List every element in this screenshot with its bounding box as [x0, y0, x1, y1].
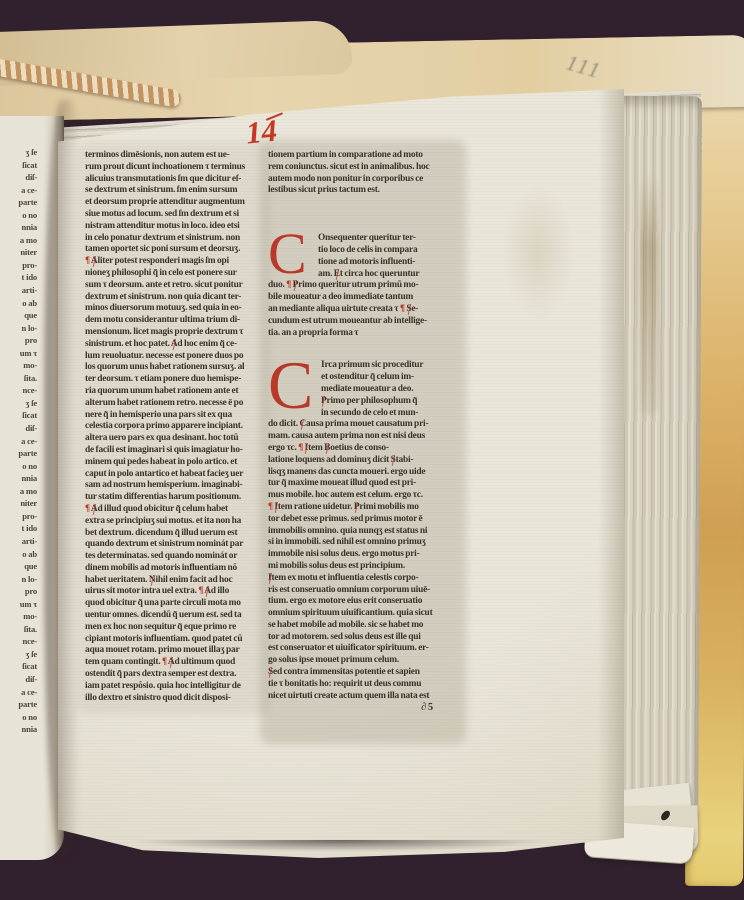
text-line: cipiant motoris influentiam. quod patet … — [85, 634, 265, 646]
text-line: Item ex motu et influentia celestis corp… — [268, 573, 462, 585]
text-line: o ab — [0, 297, 37, 310]
body-block: C Irca primum sic procedituret ostenditu… — [268, 360, 462, 702]
text-line: bet dextrum. dicendum q̃ illud uerum est — [85, 528, 265, 540]
text-line: lum reuoluatur. necesse est ponere duos … — [85, 351, 265, 363]
text-line: in secundo de celo et mun- — [321, 408, 462, 420]
text-line: a mo — [0, 234, 37, 247]
left-text-column: terminos dimēsionis, non autem est ue-ru… — [85, 150, 265, 704]
text-line: ria quorum unum habet rationem ante et — [85, 386, 265, 398]
text-line: nce- — [0, 635, 37, 648]
text-line: immobile nisi solus deus. ergo motus pri… — [268, 549, 462, 561]
text-line: mediate moueatur a deo. — [321, 384, 462, 396]
text-line: minem qui pedes habeat in polo artico. e… — [85, 457, 265, 469]
text-line: pro — [0, 585, 37, 598]
text-line: tur statim differentias harum positionum… — [85, 492, 265, 504]
text-line: ter deorsum. τ etiam ponere duo hemispe- — [85, 374, 265, 386]
text-line: ergo τc. ¶ Item Boetius de conso- — [268, 443, 462, 455]
text-line: diſ- — [0, 171, 37, 184]
text-line: pro- — [0, 510, 37, 523]
quire-signature: ∂ 5 — [330, 702, 524, 714]
paper-stain — [486, 174, 590, 370]
text-line: Irca primum sic proceditur — [321, 360, 462, 372]
text-line: nicet uirtuti create actum quem illa nat… — [268, 691, 462, 703]
page-bottom-shadow — [60, 840, 620, 866]
text-line: nistram attenditur motus in loco. ideo e… — [85, 221, 265, 233]
text-line: a ce- — [0, 686, 37, 699]
text-line: est conseruator et uiuificator spirituum… — [268, 643, 462, 655]
text-line: nce- — [0, 384, 37, 397]
text-line: mo- — [0, 610, 37, 623]
book-photograph: ʒ ſeſicatdiſ-a ce-parteo nonniaa moniter… — [0, 0, 744, 900]
text-line: et deorsum proprie attenditur augmentum — [85, 197, 265, 209]
text-line: ʒ ſe — [0, 146, 37, 159]
text-line: Sed contra immensitas potentie et sapien — [268, 667, 462, 679]
text-line: a ce- — [0, 184, 37, 197]
drop-cap-initial: C — [268, 360, 315, 418]
text-line: tes determinatas. sed quando nominát or — [85, 551, 265, 563]
text-line: se dextrum et sinistrum. ſm enim sursum — [85, 185, 265, 197]
text-line: niter — [0, 497, 37, 510]
text-line: ſicat — [0, 409, 37, 422]
text-line: dem motu considerantur ultima trium di- — [85, 315, 265, 327]
text-line: quod obicitur q̃ una parte circuli mota … — [85, 598, 265, 610]
text-line: duo. ¶ Primo queritur utrum primũ mo- — [268, 280, 462, 292]
text-line: ſita. — [0, 372, 37, 385]
text-line: parte — [0, 196, 37, 209]
text-line: aqua mouet rotam. primo mouet illaʒ par — [85, 645, 265, 657]
text-line: ¶ Aliter potest responderi magis ſm opi — [85, 256, 265, 268]
text-line: Primo per philosophum q̃ — [321, 396, 462, 408]
folio-number-text: 14 — [244, 112, 278, 150]
text-line: ¶ Item ratione uidetur. Primi mobilis mo — [268, 502, 462, 514]
text-line: ris est conseruatio omnium corporum uiuē… — [268, 585, 462, 597]
text-line: mensionum. licet magis proprie dextrum τ — [85, 327, 265, 339]
text-line: mo- — [0, 359, 37, 372]
text-line: quando dextrum et sinistrum nominát par — [85, 539, 265, 551]
text-line: habet ueritatem. Nihil enim facit ad hoc — [85, 575, 265, 587]
text-line: nnia — [0, 472, 37, 485]
text-line: tor debet esse primus. sed primus motor … — [268, 514, 462, 526]
facing-page-text-fragments: ʒ ſeſicatdiſ-a ce-parteo nonniaa moniter… — [0, 146, 37, 736]
text-line: o no — [0, 711, 37, 724]
text-line: cundum est utrum moueantur ab intellige- — [268, 316, 462, 328]
text-line: o no — [0, 209, 37, 222]
text-line: sam ad nostrum hemisperium. imaginabi- — [85, 480, 265, 492]
text-line: niter — [0, 246, 37, 259]
text-line: ſita. — [0, 623, 37, 636]
text-line: o no — [0, 460, 37, 473]
text-line: extra se principiuʒ sui motus. et ita no… — [85, 516, 265, 528]
text-line: pro- — [0, 259, 37, 272]
text-line: parte — [0, 698, 37, 711]
text-line: diſ- — [0, 422, 37, 435]
text-line: terminos dimēsionis, non autem est ue- — [85, 150, 265, 162]
text-line: do dicit. Causa prima mouet causatum pri… — [268, 419, 462, 431]
text-line: nere q̃ in hemisperio una pars sit ex qu… — [85, 410, 265, 422]
text-line: o ab — [0, 548, 37, 561]
text-line: ſicat — [0, 660, 37, 673]
text-line: uentur omnes. dicendũ q̃ uerum est. sed … — [85, 610, 265, 622]
text-line: sum τ deorsum. ante et retro. sicut poni… — [85, 280, 265, 292]
text-line: sinistrum. et hoc patet. Ad hoc enim q̃ … — [85, 339, 265, 351]
text-line: tione ad motoris influenti- — [318, 257, 462, 269]
text-line: ostendit q̃ pars dextra semper est dextr… — [85, 669, 265, 681]
text-line: iam patet respõsio. quia hoc intelligitu… — [85, 681, 265, 693]
text-line: bile moueatur a deo immediate tantum — [268, 292, 462, 304]
text-line: an mediante aliqua uirtute creata τ ¶ Se… — [268, 304, 462, 316]
gutter-shadow — [44, 100, 88, 856]
text-line: parte — [0, 447, 37, 460]
text-line: autem modo non ponitur in corporibus ce — [268, 174, 462, 186]
text-line: men ex hoc non sequitur q̃ eque primo re — [85, 622, 265, 634]
text-line: um τ — [0, 347, 37, 360]
text-line: arti- — [0, 535, 37, 548]
text-line: dinem mobilis ad motoris influentiam nõ — [85, 563, 265, 575]
text-line: omnium spirituum uiuificantium. quia sic… — [268, 608, 462, 620]
text-line: latione loquens ad dominuʒ dicit Stabi- — [268, 455, 462, 467]
text-line: illo dextro et sinistro quod dicit dispo… — [85, 693, 265, 705]
text-line: ʒ ſe — [0, 397, 37, 410]
text-line: um τ — [0, 598, 37, 611]
text-line: tia. an a propria forma τ — [268, 328, 462, 340]
text-line: Onsequenter queritur ter- — [318, 233, 462, 245]
text-line: go solus ipse mouet primum celum. — [268, 655, 462, 667]
text-line: caput in polo antartico et habeat facieʒ… — [85, 469, 265, 481]
text-line: tie τ bonitatis ho: requirit ut deus com… — [268, 679, 462, 691]
text-line: nnia — [0, 723, 37, 736]
text-line: mus mobile. hoc autem est celum. ergo τc… — [268, 490, 462, 502]
text-line: t ido — [0, 522, 37, 535]
text-line: altera uero pars ex qua desinant. hoc to… — [85, 433, 265, 445]
text-line: alicuius transmutationis ſm que dicitur … — [85, 174, 265, 186]
text-line: immobilis omnino. quia nunqʒ est status … — [268, 526, 462, 538]
text-line: rum prout dicunt inchoationem τ terminus — [85, 162, 265, 174]
text-line: de facili est imaginari si quis imagiatu… — [85, 445, 265, 457]
text-line: nioneʒ philosophi q̃ in celo est ponere … — [85, 268, 265, 280]
drop-cap-initial: C — [268, 233, 312, 279]
text-line: mi mobilis solus deus est principium. — [268, 561, 462, 573]
text-line: lisqʒ manens das cuncta moueri. ergo uid… — [268, 467, 462, 479]
text-line: alterum habet rationem retro. necesse ē … — [85, 398, 265, 410]
text-line: uirus sit motor intra uel extra. ¶ Ad il… — [85, 586, 265, 598]
text-line: tor ad motorem. sed solus deus est ille … — [268, 632, 462, 644]
text-line: n lo- — [0, 322, 37, 335]
text-line: a ce- — [0, 435, 37, 448]
text-line: ʒ ſe — [0, 648, 37, 661]
text-line: siue motus ad locum. sed ſm dextrum et s… — [85, 209, 265, 221]
paragraph-top: tionem partium in comparatione ad motore… — [268, 150, 462, 197]
text-line: si in immobili. sed nihil est omnino pri… — [268, 537, 462, 549]
text-line: tionem partium in comparatione ad moto — [268, 150, 462, 162]
text-line: que — [0, 560, 37, 573]
text-line: tamen oportet sic poni sursum et deorsuʒ… — [85, 244, 265, 256]
text-line: et ostenditur q̃ celum im- — [321, 372, 462, 384]
text-line: que — [0, 309, 37, 322]
question-block: C Onsequenter queritur ter-tio loco de c… — [268, 233, 462, 339]
text-line: rem coniunctus. sicut est in animalibus.… — [268, 162, 462, 174]
text-line: am. Et circa hoc queruntur — [318, 269, 462, 281]
text-line: celestia corpora primo apparere incipian… — [85, 421, 265, 433]
text-line: t ido — [0, 271, 37, 284]
text-line: in celo ponatur dextrum et sinistrum. no… — [85, 233, 265, 245]
text-line: lestibus sicut prius tactum est. — [268, 185, 462, 197]
book-page: 14 terminos dimēsionis, non autem est ue… — [58, 86, 624, 858]
text-line: mam. causa autem prima non est nisi deus — [268, 431, 462, 443]
text-line: minos diuersorum motuuʒ. sed quia in eo- — [85, 303, 265, 315]
text-line: diſ- — [0, 673, 37, 686]
text-line: nnia — [0, 221, 37, 234]
text-line: ſicat — [0, 159, 37, 172]
folio-number-red: 14 — [244, 112, 279, 151]
text-line: ¶ Ad illud quod obicitur q̃ celum habet — [85, 504, 265, 516]
text-line: tur q̃ maxime moueat illud quod est pri- — [268, 478, 462, 490]
text-line: los quorum unus habet rationem sursuʒ. a… — [85, 362, 265, 374]
text-line: tio loco de celis in compara — [318, 245, 462, 257]
fore-edge-stain — [640, 175, 658, 415]
text-line: n lo- — [0, 573, 37, 586]
text-line: se habet mobile ad mobile. sic se habet … — [268, 620, 462, 632]
text-line: arti- — [0, 284, 37, 297]
text-line: tium. ergo ex motore eius erit conseruat… — [268, 596, 462, 608]
text-line: pro — [0, 334, 37, 347]
text-line: a mo — [0, 485, 37, 498]
text-line: tem quam contingit. ¶ Ad ultimum quod — [85, 657, 265, 669]
text-line: dextrum et sinistrum. non quia dicant te… — [85, 292, 265, 304]
right-text-column: tionem partium in comparatione ad motore… — [268, 150, 462, 714]
